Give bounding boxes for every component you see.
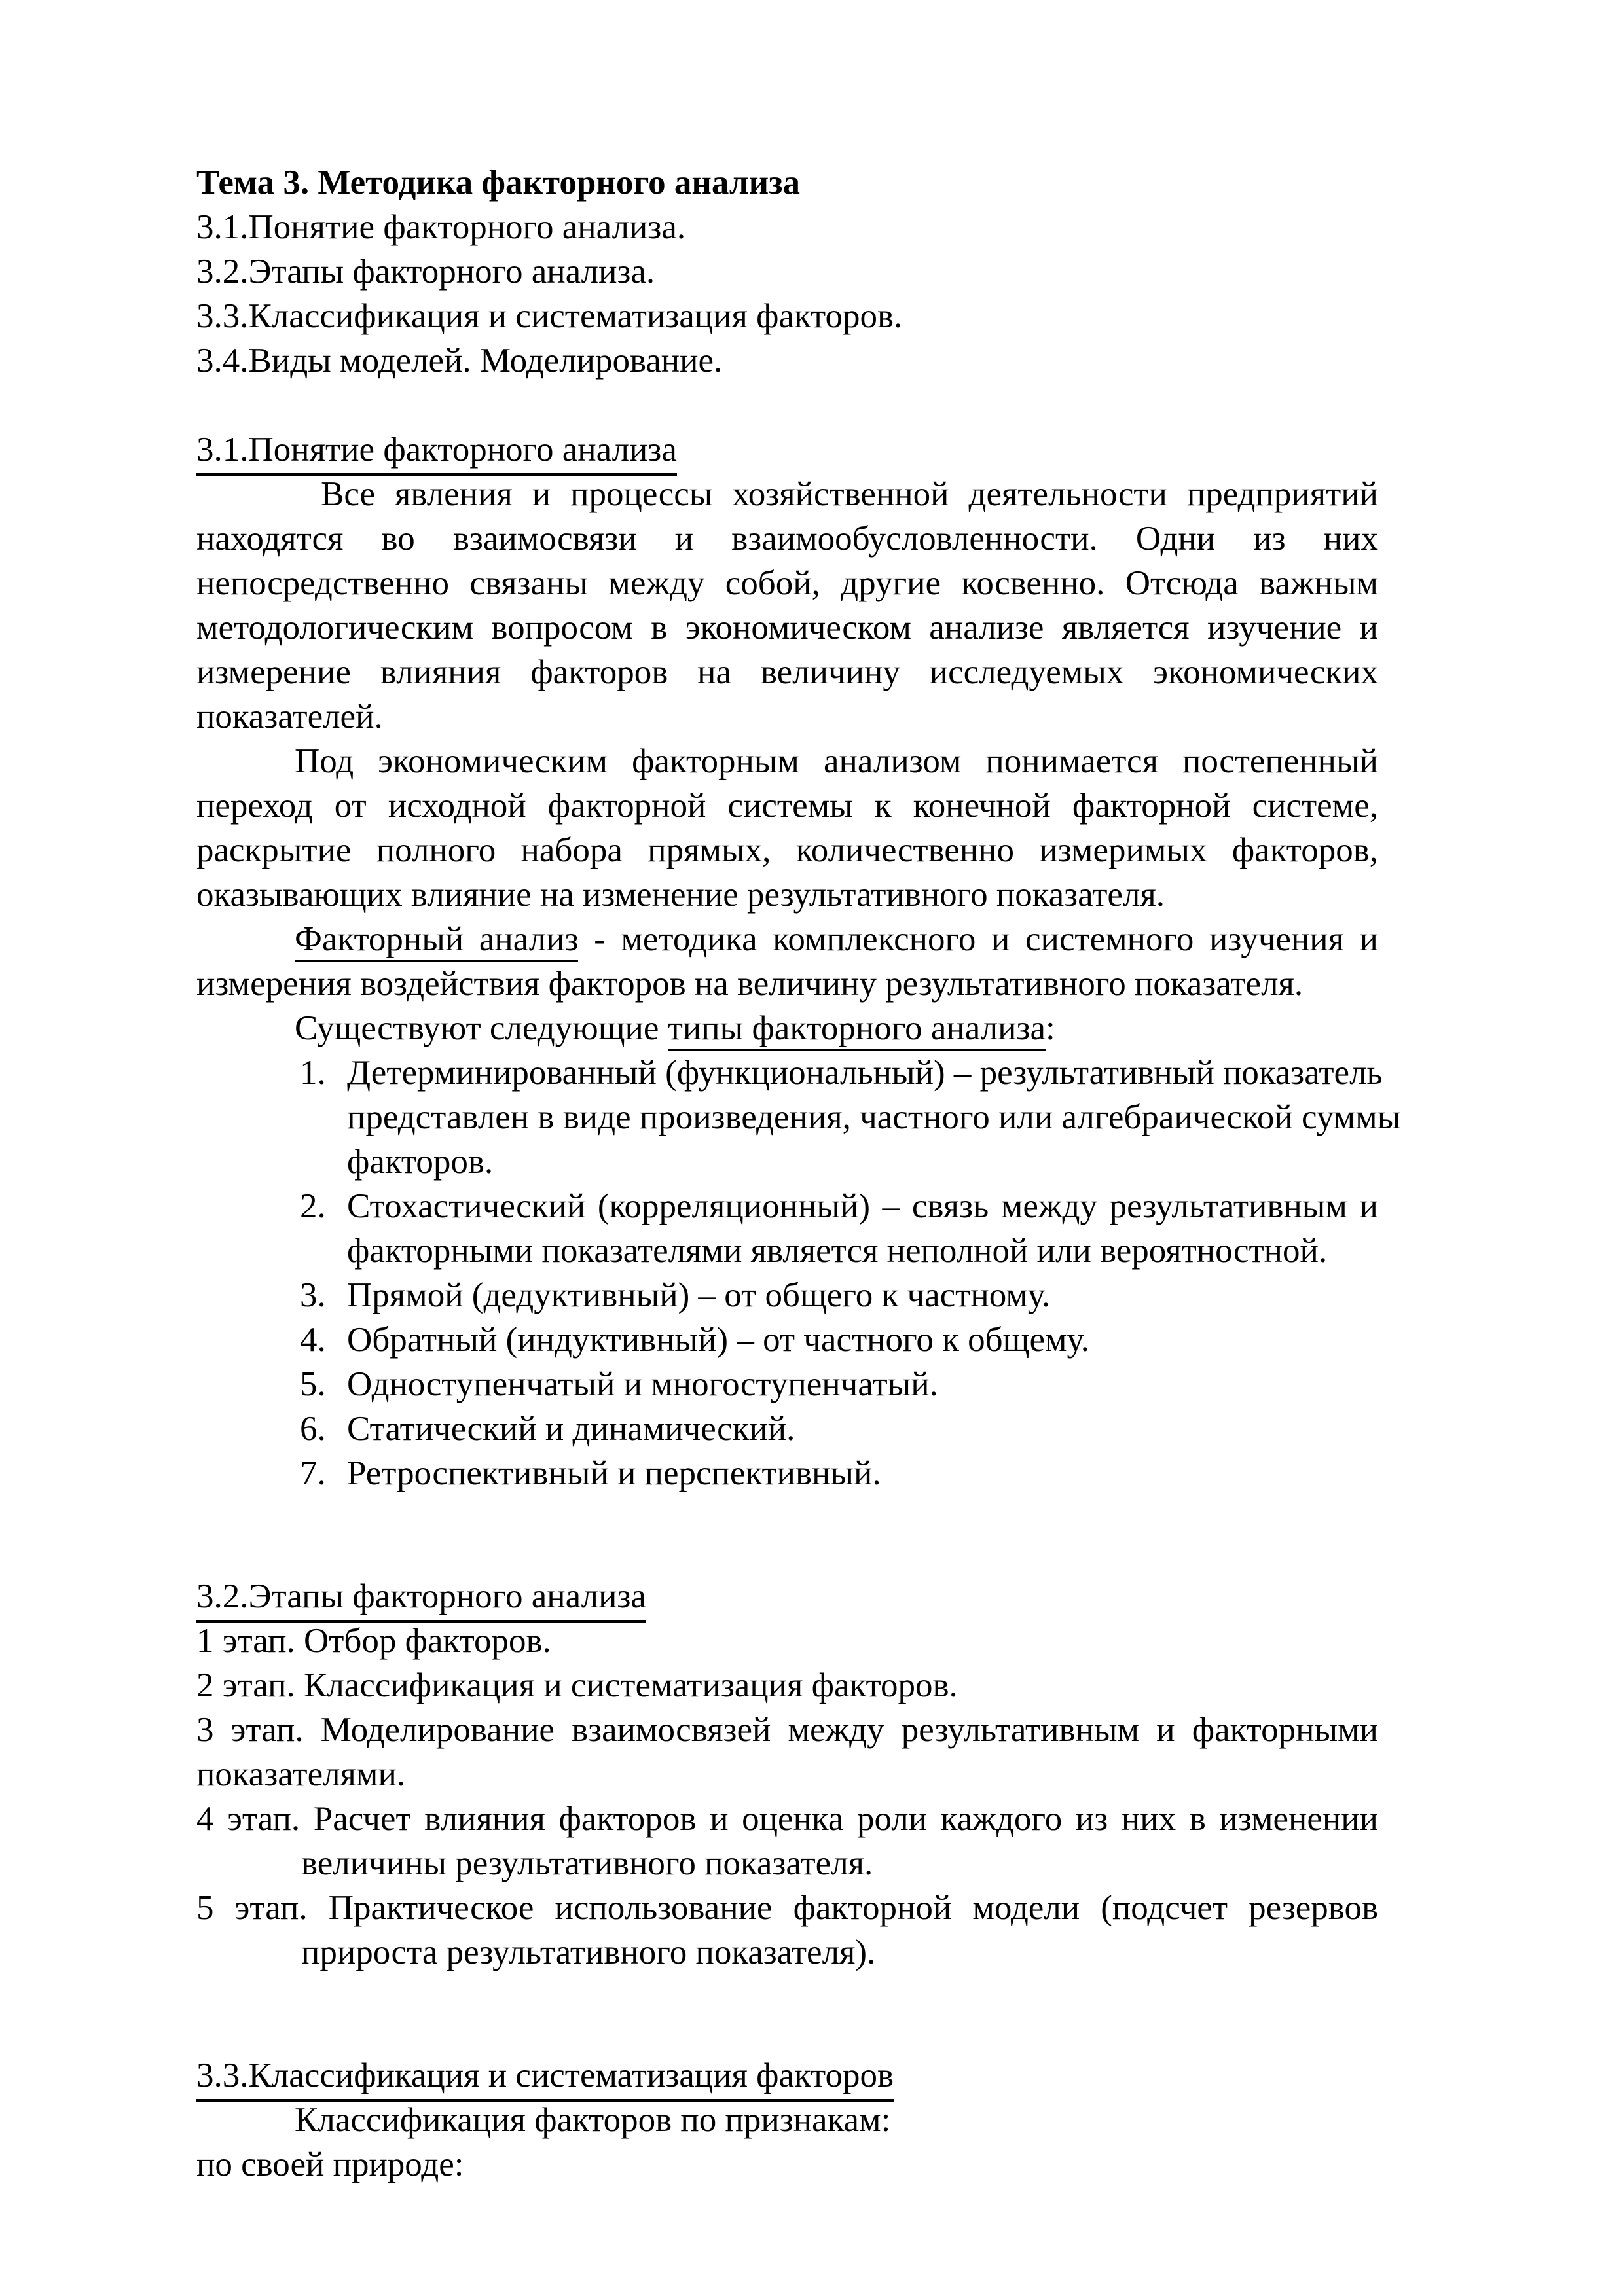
- text-line: раскрытие полного набора прямых, количес…: [196, 828, 1378, 872]
- text-line: Обратный (индуктивный) – от частного к о…: [347, 1318, 1378, 1362]
- text-line: Стохастический (корреляционный) – связь …: [347, 1184, 1378, 1229]
- text-line: Прямой (дедуктивный) – от общего к частн…: [347, 1273, 1378, 1318]
- text-line: 5 этап. Практическое использование факто…: [196, 1886, 1378, 1930]
- stage-item: 2 этап. Классификация и систематизация ф…: [196, 1663, 1378, 1708]
- section-3-2: 3.2.Этапы факторного анализа 1 этап. Отб…: [196, 1574, 1378, 1975]
- section-heading-text: 3.3.Классификация и систематизация факто…: [196, 2056, 894, 2102]
- stage-item: 5 этап. Практическое использование факто…: [196, 1886, 1378, 1975]
- text-line: 3.2.Этапы факторного анализа.: [196, 249, 1378, 294]
- text-line: факторов.: [347, 1139, 1378, 1184]
- toc: 3.1.Понятие факторного анализа.3.2.Этапы…: [196, 205, 1378, 383]
- text-line: измерение влияния факторов на величину и…: [196, 650, 1378, 694]
- text-line: Под экономическим факторным анализом пон…: [196, 739, 1378, 783]
- spacer: [196, 1975, 1378, 2053]
- text-line: 3.4.Виды моделей. Моделирование.: [196, 338, 1378, 383]
- text-line: Статический и динамический.: [347, 1407, 1378, 1451]
- paragraph: Факторный анализ - методика комплексного…: [196, 917, 1378, 1006]
- text-line: находятся во взаимосвязи и взаимообуслов…: [196, 516, 1378, 561]
- list-item: 1. Детерминированный (функциональный) – …: [347, 1050, 1378, 1184]
- list-item-text: Статический и динамический.: [347, 1407, 1378, 1451]
- section-heading: 3.2.Этапы факторного анализа: [196, 1574, 1378, 1619]
- factor-types-list: 1. Детерминированный (функциональный) – …: [347, 1050, 1378, 1496]
- list-item-text: Детерминированный (функциональный) – рез…: [347, 1050, 1378, 1184]
- section-heading: 3.3.Классификация и систематизация факто…: [196, 2053, 1378, 2098]
- text-line: непосредственно связаны между собой, дру…: [196, 561, 1378, 605]
- list-marker: 5.: [300, 1362, 326, 1407]
- list-item-text: Ретроспективный и перспективный.: [347, 1451, 1378, 1496]
- text-line: показателей.: [196, 694, 1378, 739]
- paragraph: Существуют следующие типы факторного ана…: [196, 1006, 1378, 1050]
- list-item-text: Стохастический (корреляционный) – связь …: [347, 1184, 1378, 1273]
- spacer: [196, 1496, 1378, 1574]
- text-line: по своей природе:: [196, 2142, 1378, 2187]
- section-heading: 3.1.Понятие факторного анализа: [196, 427, 1378, 472]
- underlined-text: типы факторного анализа: [668, 1009, 1046, 1051]
- document-title: Тема 3. Методика факторного анализа: [196, 160, 1378, 205]
- stage-item: 3 этап. Моделирование взаимосвязей между…: [196, 1708, 1378, 1797]
- underlined-text: Факторный анализ: [295, 920, 578, 962]
- text-line: Тема 3. Методика факторного анализа: [196, 160, 1378, 205]
- text-line: величины результативного показателя.: [196, 1841, 1378, 1886]
- text-line: Детерминированный (функциональный) – рез…: [347, 1050, 1378, 1095]
- text-line: 4 этап. Расчет влияния факторов и оценка…: [196, 1797, 1378, 1841]
- section-heading-text: 3.1.Понятие факторного анализа: [196, 431, 677, 476]
- stage-item: 1 этап. Отбор факторов.: [196, 1619, 1378, 1663]
- section-heading-text: 3.2.Этапы факторного анализа: [196, 1577, 646, 1623]
- paragraph: Классификация факторов по признакам:: [196, 2098, 1378, 2142]
- list-item: 7. Ретроспективный и перспективный.: [347, 1451, 1378, 1496]
- paragraph: по своей природе:: [196, 2142, 1378, 2187]
- section-3-1: 3.1.Понятие факторного анализа Все явлен…: [196, 427, 1378, 1496]
- document-page: Тема 3. Методика факторного анализа 3.1.…: [0, 0, 1623, 2187]
- list-marker: 6.: [300, 1407, 326, 1451]
- text-line: 3 этап. Моделирование взаимосвязей между…: [196, 1708, 1378, 1752]
- list-item-text: Одноступенчатый и многоступенчатый.: [347, 1362, 1378, 1407]
- list-marker: 2.: [300, 1184, 326, 1229]
- text-line: Существуют следующие типы факторного ана…: [196, 1006, 1378, 1050]
- text-line: 3.1.Понятие факторного анализа.: [196, 205, 1378, 249]
- text-line: измерения воздействия факторов на величи…: [196, 961, 1378, 1006]
- text-line: переход от исходной факторной системы к …: [196, 783, 1378, 828]
- section-3-3: 3.3.Классификация и систематизация факто…: [196, 2053, 1378, 2187]
- paragraph: Все явления и процессы хозяйственной дея…: [196, 472, 1378, 739]
- list-item: 3. Прямой (дедуктивный) – от общего к ча…: [347, 1273, 1378, 1318]
- list-marker: 7.: [300, 1451, 326, 1496]
- text-line: методологическим вопросом в экономическо…: [196, 605, 1378, 650]
- text-line: представлен в виде произведения, частног…: [347, 1095, 1378, 1139]
- spacer: [196, 383, 1378, 427]
- text-line: факторными показателями является неполно…: [347, 1229, 1378, 1273]
- list-item: 5. Одноступенчатый и многоступенчатый.: [347, 1362, 1378, 1407]
- list-item: 2. Стохастический (корреляционный) – свя…: [347, 1184, 1378, 1273]
- list-marker: 1.: [300, 1050, 326, 1095]
- text-line: Классификация факторов по признакам:: [196, 2098, 1378, 2142]
- list-marker: 3.: [300, 1273, 326, 1318]
- text-line: 1 этап. Отбор факторов.: [196, 1619, 1378, 1663]
- text-line: Одноступенчатый и многоступенчатый.: [347, 1362, 1378, 1407]
- text-line: Ретроспективный и перспективный.: [347, 1451, 1378, 1496]
- text-line: 2 этап. Классификация и систематизация ф…: [196, 1663, 1378, 1708]
- list-item-text: Обратный (индуктивный) – от частного к о…: [347, 1318, 1378, 1362]
- stage-item: 4 этап. Расчет влияния факторов и оценка…: [196, 1797, 1378, 1886]
- text-line: оказывающих влияние на изменение результ…: [196, 872, 1378, 917]
- list-item-text: Прямой (дедуктивный) – от общего к частн…: [347, 1273, 1378, 1318]
- list-item: 6. Статический и динамический.: [347, 1407, 1378, 1451]
- list-marker: 4.: [300, 1318, 326, 1362]
- list-item: 4. Обратный (индуктивный) – от частного …: [347, 1318, 1378, 1362]
- text-line: показателями.: [196, 1752, 1378, 1797]
- text-line: Все явления и процессы хозяйственной дея…: [196, 472, 1378, 516]
- text-line: 3.3.Классификация и систематизация факто…: [196, 294, 1378, 338]
- text-line: прироста результативного показателя).: [196, 1930, 1378, 1975]
- text-line: Факторный анализ - методика комплексного…: [196, 917, 1378, 961]
- paragraph: Под экономическим факторным анализом пон…: [196, 739, 1378, 917]
